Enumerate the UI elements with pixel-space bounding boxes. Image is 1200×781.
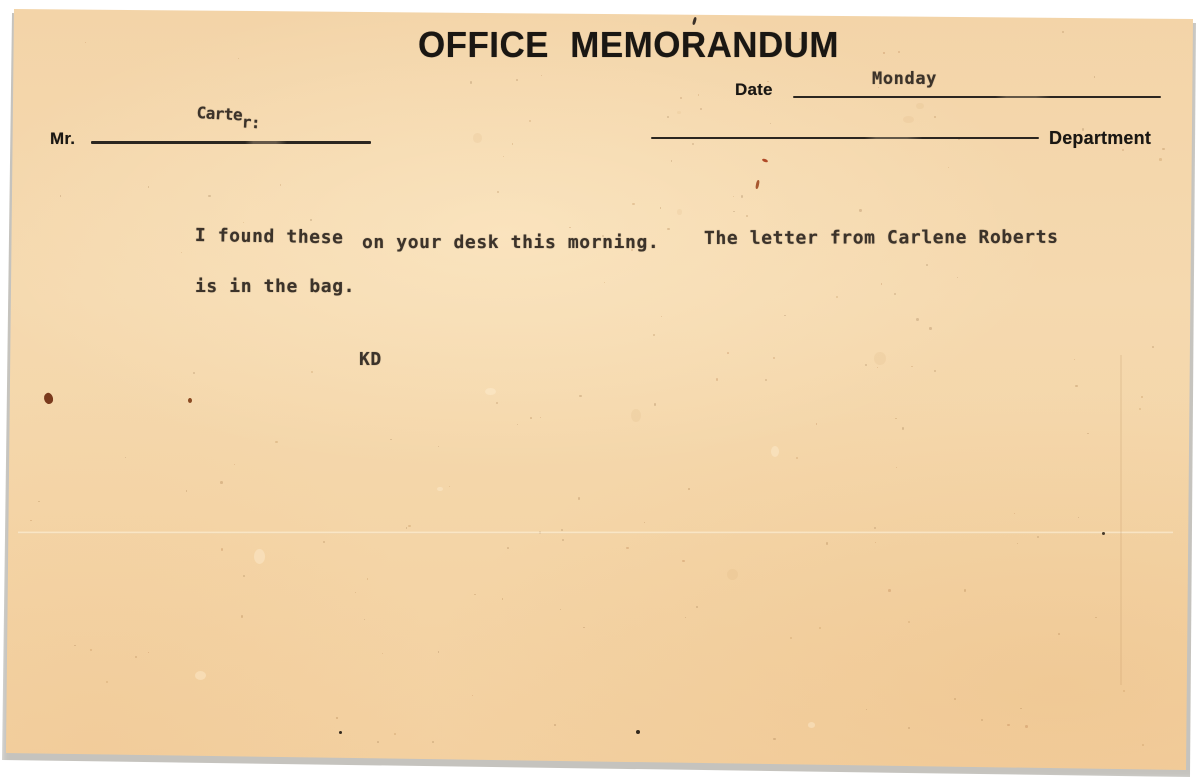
title-word-memorandum: MEMORANDUM [570, 24, 839, 65]
body-line1-part3: The letter from Carlene Roberts [704, 229, 1059, 248]
title-word-office: OFFICE [418, 24, 549, 65]
body-line2: is in the bag. [195, 278, 355, 296]
date-value: Monday [872, 71, 937, 88]
addressee-value-main: Carte [196, 103, 243, 124]
department-label: Department [1049, 128, 1151, 149]
memo-content: OFFICEMEMORANDUM Date Monday Mr. Carter:… [0, 0, 1200, 781]
addressee-value-tail: r: [241, 114, 260, 131]
body-line1-part1: I found these [195, 227, 344, 247]
date-label: Date [735, 80, 773, 100]
addressee-line [91, 141, 371, 144]
memo-title: OFFICEMEMORANDUM [418, 24, 839, 66]
date-line [793, 96, 1161, 98]
department-line [651, 137, 1039, 139]
body-line1-part2: on your desk this morning. [362, 234, 659, 252]
memo-paper: OFFICEMEMORANDUM Date Monday Mr. Carter:… [0, 0, 1200, 781]
addressee-label: Mr. [50, 129, 75, 149]
initials: KD [359, 351, 382, 369]
addressee-value: Carter: [196, 105, 261, 124]
